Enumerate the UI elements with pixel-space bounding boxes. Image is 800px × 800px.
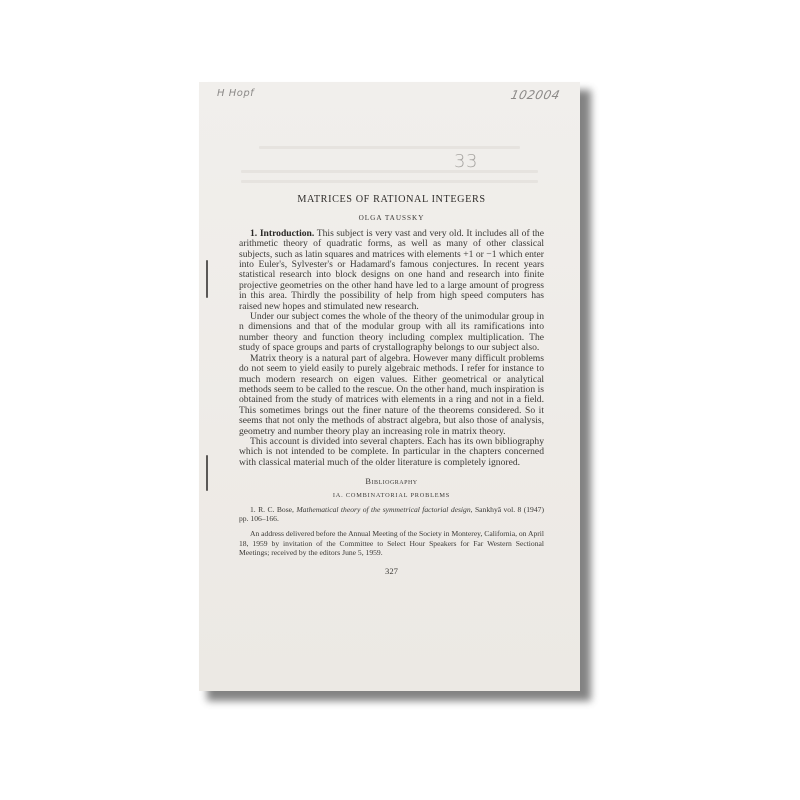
- article-author: OLGA TAUSSKY: [239, 213, 544, 223]
- section-title: Introduction.: [260, 228, 314, 239]
- document-page: H Hopf 102004 33 MATRICES OF RATIONAL IN…: [199, 82, 580, 691]
- footnote: An address delivered before the Annual M…: [239, 529, 544, 558]
- section-number: 1.: [250, 228, 257, 239]
- show-through-line: [259, 146, 520, 149]
- photo-stage: H Hopf 102004 33 MATRICES OF RATIONAL IN…: [0, 0, 800, 800]
- reference-title: Mathematical theory of the symmetrical f…: [296, 505, 472, 514]
- bibliography-subheading: Ia. combinatorial problems: [239, 491, 544, 501]
- binding-staple-mark-bottom: [206, 455, 208, 491]
- paragraph-introduction: 1. Introduction. This subject is very va…: [239, 229, 544, 312]
- paragraph-account: This account is divided into several cha…: [239, 437, 544, 468]
- show-through-line: [241, 170, 538, 173]
- reference-number: 1.: [250, 505, 256, 514]
- bibliography-heading: Bibliography: [239, 477, 544, 487]
- page-number: 327: [239, 566, 544, 576]
- handwritten-owner-name: H Hopf: [217, 88, 254, 99]
- handwritten-catalog-number: 102004: [510, 88, 562, 102]
- article-body: MATRICES OF RATIONAL INTEGERS OLGA TAUSS…: [239, 195, 544, 576]
- paragraph-matrix-theory: Matrix theory is a natural part of algeb…: [239, 354, 544, 437]
- binding-staple-mark-top: [206, 260, 208, 298]
- article-title: MATRICES OF RATIONAL INTEGERS: [239, 195, 544, 205]
- paragraph-subject: Under our subject comes the whole of the…: [239, 312, 544, 354]
- reference-authors: R. C. Bose,: [258, 505, 294, 514]
- reference-item: 1. R. C. Bose, Mathematical theory of th…: [239, 505, 544, 523]
- paragraph-text: This subject is very vast and very old. …: [239, 228, 544, 312]
- handwritten-margin-number: 33: [454, 151, 478, 172]
- show-through-line: [241, 180, 538, 183]
